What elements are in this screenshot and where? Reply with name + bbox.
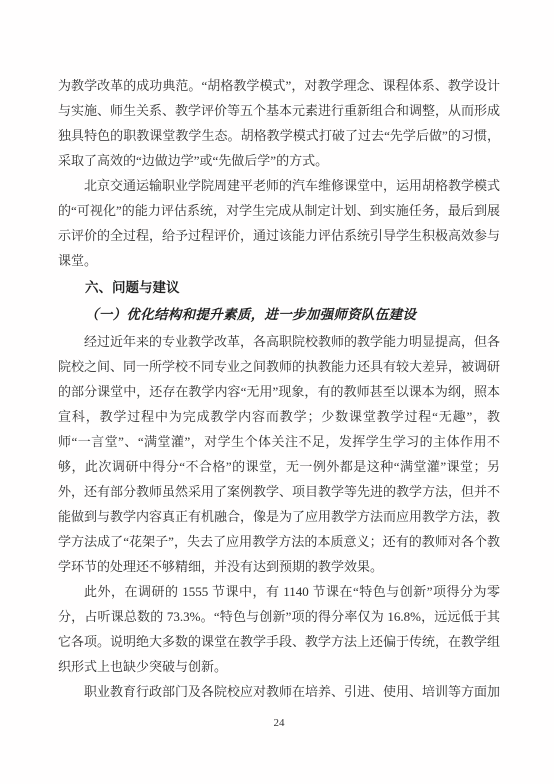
- page-number: 24: [274, 715, 285, 731]
- body-paragraph: 北京交通运输职业学院周建平老师的汽车维修课堂中，运用胡格教学模式的“可视化”的能…: [58, 173, 500, 273]
- body-paragraph-continuation: 为教学改革的成功典范。“胡格教学模式”，对教学理念、课程体系、教学设计与实施、师…: [58, 73, 500, 173]
- subsection-heading: （一）优化结构和提升素质，进一步加强师资队伍建设: [58, 302, 500, 327]
- body-paragraph: 此外，在调研的 1555 节课中，有 1140 节课在“特色与创新”项得分为零分…: [58, 579, 500, 679]
- document-page: 为教学改革的成功典范。“胡格教学模式”，对教学理念、课程体系、教学设计与实施、师…: [0, 0, 554, 784]
- body-paragraph-last: 职业教育行政部门及各院校应对教师在培养、引进、使用、培训等方面加: [58, 679, 500, 704]
- page-footer: 24: [58, 713, 500, 731]
- body-paragraph: 经过近年来的专业教学改革，各高职院校教师的教学能力明显提高，但各院校之间、同一所…: [58, 329, 500, 579]
- section-heading: 六、问题与建议: [58, 275, 500, 300]
